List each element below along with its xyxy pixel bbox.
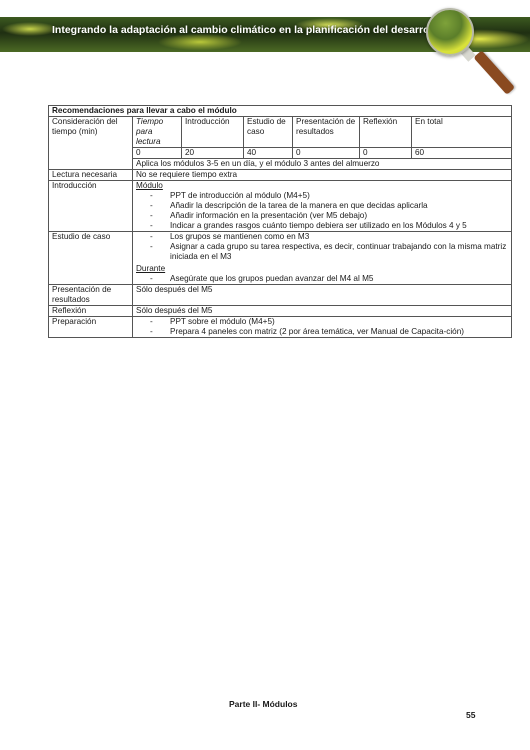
value-intro: 20: [182, 148, 244, 159]
magnifying-glass-icon: [418, 4, 528, 100]
intro-label: Introducción: [49, 181, 133, 232]
reflection-label: Reflexión: [49, 306, 133, 317]
col-total: En total: [412, 117, 512, 148]
case-study-row: Estudio de caso Los grupos se mantienen …: [49, 232, 512, 285]
magnifier-lens: [426, 8, 474, 56]
results-label: Presentación de resultados: [49, 285, 133, 306]
list-item: PPT de introducción al módulo (M4+5): [136, 191, 508, 201]
time-note: Aplica los módulos 3-5 en un día, y el m…: [133, 159, 512, 170]
footer-section-title: Parte II- Módulos: [229, 699, 297, 709]
magnifier-handle: [473, 50, 515, 95]
list-item: Los grupos se mantienen como en M3: [136, 232, 508, 242]
list-item: Añadir información en la presentación (v…: [136, 211, 508, 221]
preparation-row: Preparación PPT sobre el módulo (M4+5) P…: [49, 317, 512, 338]
value-reading-time: 0: [133, 148, 182, 159]
results-row: Presentación de resultados Sólo después …: [49, 285, 512, 306]
list-item: Indicar a grandes rasgos cuánto tiempo d…: [136, 221, 508, 231]
reflection-row: Reflexión Sólo después del M5: [49, 306, 512, 317]
reading-label: Lectura necesaria: [49, 170, 133, 181]
list-item: Asegúrate que los grupos puedan avanzar …: [136, 274, 508, 284]
list-item: Prepara 4 paneles con matriz (2 por área…: [136, 327, 508, 337]
reading-value: No se requiere tiempo extra: [133, 170, 512, 181]
col-case-study: Estudio de caso: [244, 117, 293, 148]
case-study-label: Estudio de caso: [49, 232, 133, 285]
reflection-value: Sólo después del M5: [133, 306, 512, 317]
value-reflection: 0: [360, 148, 412, 159]
col-intro: Introducción: [182, 117, 244, 148]
recommendations-table: Recomendaciones para llevar a cabo el mó…: [48, 105, 512, 338]
preparation-content: PPT sobre el módulo (M4+5) Prepara 4 pan…: [133, 317, 512, 338]
during-list: Asegúrate que los grupos puedan avanzar …: [136, 274, 508, 284]
list-item: Asignar a cada grupo su tarea respectiva…: [136, 242, 508, 262]
document-title: Integrando la adaptación al cambio climá…: [52, 24, 442, 36]
case-study-content: Los grupos se mantienen como en M3 Asign…: [133, 232, 512, 285]
col-reading-time: Tiempo para lectura: [133, 117, 182, 148]
results-value: Sólo después del M5: [133, 285, 512, 306]
intro-content: Módulo PPT de introducción al módulo (M4…: [133, 181, 512, 232]
during-subheading: Durante: [136, 264, 508, 274]
case-study-list: Los grupos se mantienen como en M3 Asign…: [136, 232, 508, 262]
list-item: Añadir la descripción de la tarea de la …: [136, 201, 508, 211]
intro-list: PPT de introducción al módulo (M4+5) Aña…: [136, 191, 508, 231]
table-title: Recomendaciones para llevar a cabo el mó…: [49, 106, 512, 117]
preparation-list: PPT sobre el módulo (M4+5) Prepara 4 pan…: [136, 317, 508, 337]
time-header-row: Consideración del tiempo (min) Tiempo pa…: [49, 117, 512, 148]
page-number: 55: [466, 710, 475, 720]
col-reflection: Reflexión: [360, 117, 412, 148]
table-title-row: Recomendaciones para llevar a cabo el mó…: [49, 106, 512, 117]
col-results: Presentación de resultados: [293, 117, 360, 148]
intro-row: Introducción Módulo PPT de introducción …: [49, 181, 512, 232]
time-label: Consideración del tiempo (min): [49, 117, 133, 170]
list-item: PPT sobre el módulo (M4+5): [136, 317, 508, 327]
value-case-study: 40: [244, 148, 293, 159]
value-results: 0: [293, 148, 360, 159]
value-total: 60: [412, 148, 512, 159]
reading-row: Lectura necesaria No se requiere tiempo …: [49, 170, 512, 181]
intro-subheading: Módulo: [136, 181, 508, 191]
preparation-label: Preparación: [49, 317, 133, 338]
